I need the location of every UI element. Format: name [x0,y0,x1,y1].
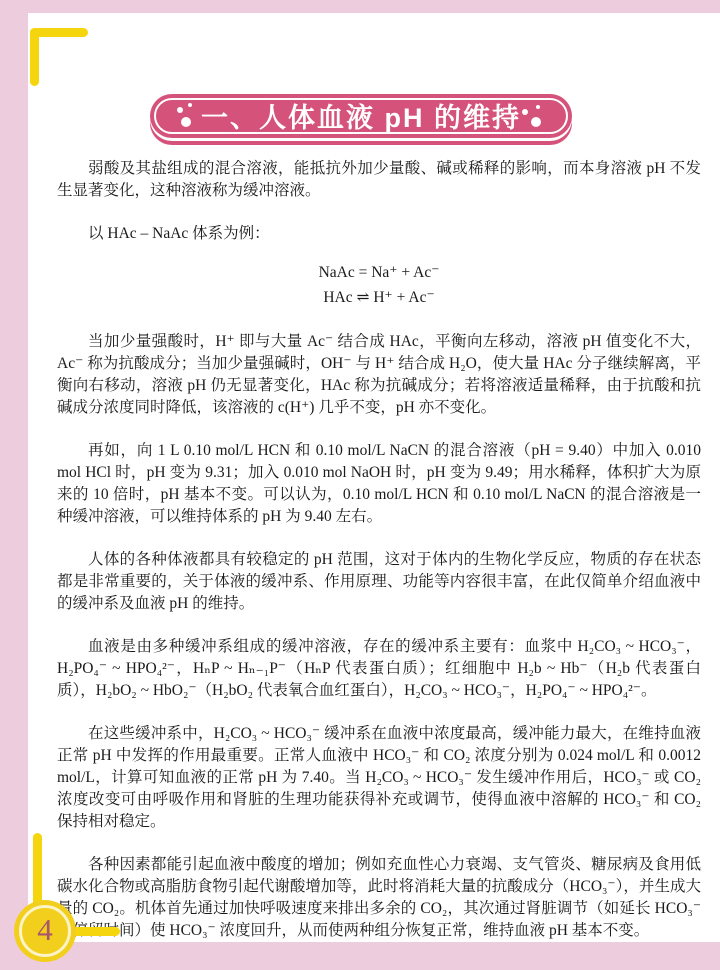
paragraph-example-lead: 以 HAc – NaAc 体系为例： [57,223,701,245]
section-title-banner: 一、人体血液 pH 的维持 [150,94,572,138]
section-title: 一、人体血液 pH 的维持 [201,96,521,135]
paragraph-body-fluids: 人体的各种体液都具有较稳定的 pH 范围，这对于体内的生物化学反应，物质的存在状… [57,549,701,615]
page-number-badge: 4 [14,900,76,962]
equation-naac: NaAc = Na⁺ + Ac⁻ [57,260,701,285]
paragraph-hcn-example: 再如，向 1 L 0.10 mol/L HCN 和 0.10 mol/L NaC… [57,440,701,528]
textbook-page: { "page": { "section_title": "一、人体血液 pH … [0,0,720,970]
paragraph-carbonate-buffer: 在这些缓冲系中，H₂CO₃ ~ HCO₃⁻ 缓冲系在血液中浓度最高，缓冲能力最大… [57,723,701,833]
paragraph-intro: 弱酸及其盐组成的混合溶液，能抵抗外加少量酸、碱或稀释的影响，而本身溶液 pH 不… [57,158,701,202]
page-number: 4 [37,912,53,948]
decorative-dots-right-icon [520,103,546,131]
paragraph-strong-acid-base: 当加少量强酸时，H⁺ 即与大量 Ac⁻ 结合成 HAc，平衡向左移动，溶液 pH… [57,331,701,419]
body-text: 弱酸及其盐组成的混合溶液，能抵抗外加少量酸、碱或稀释的影响，而本身溶液 pH 不… [57,158,701,963]
paragraph-acidity-increase: 各种因素都能引起血液中酸度的增加；例如充血性心力衰竭、支气管炎、糖尿病及食用低碳… [57,854,701,942]
equation-hac: HAc ⇌ H⁺ + Ac⁻ [57,285,701,310]
paragraph-blood-buffer-systems: 血液是由多种缓冲系组成的缓冲溶液，存在的缓冲系主要有：血浆中 H₂CO₃ ~ H… [57,636,701,702]
equation-block: NaAc = Na⁺ + Ac⁻ HAc ⇌ H⁺ + Ac⁻ [57,260,701,310]
decorative-dots-left-icon [176,103,202,131]
